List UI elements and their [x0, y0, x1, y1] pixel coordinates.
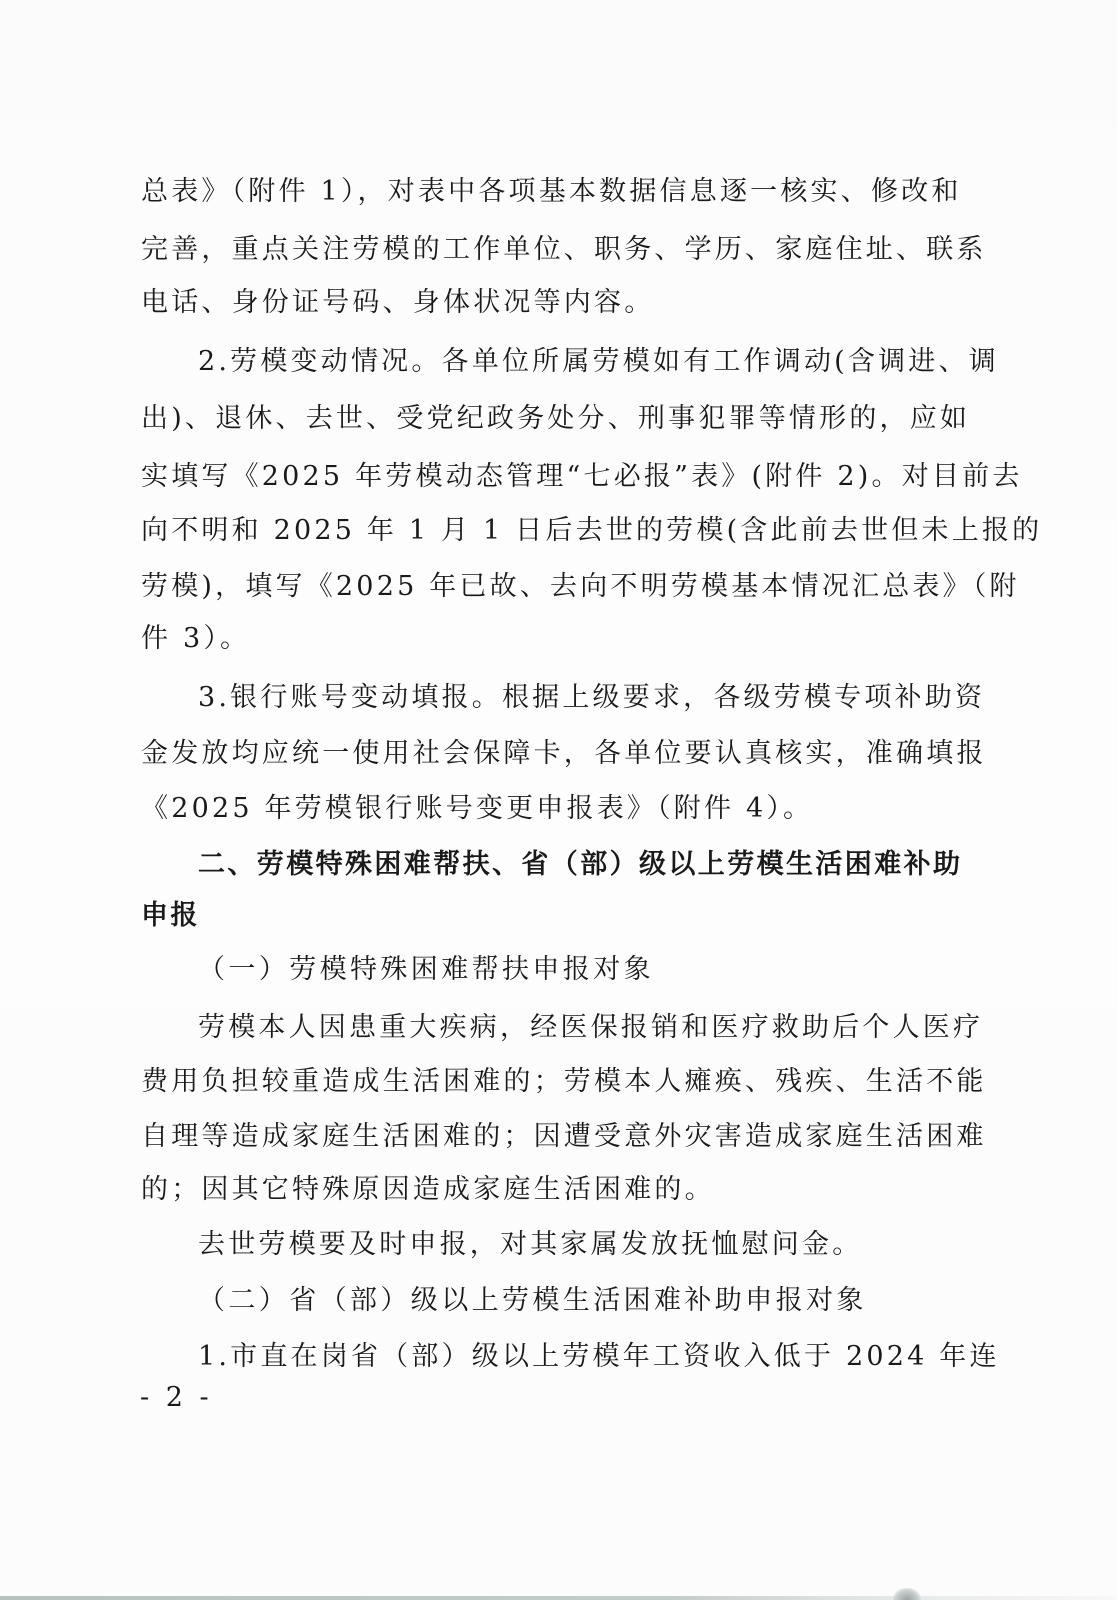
page-number: - 2 - — [140, 1380, 213, 1416]
body-text-line: 实填写《2025 年劳模动态管理“七必报”表》(附件 2)。对目前去 — [141, 459, 971, 495]
document-page: 总表》（附件 1），对表中各项基本数据信息逐一核实、修改和 完善，重点关注劳模的… — [0, 0, 1117, 1600]
body-text-line: 电话、身份证号码、身体状况等内容。 — [141, 285, 971, 321]
body-text-line: 完善，重点关注劳模的工作单位、职务、学历、家庭住址、联系 — [141, 232, 971, 268]
subsection-1-heading: （一）劳模特殊困难帮扶申报对象 — [198, 952, 1028, 988]
body-text-line: 件 3）。 — [141, 621, 971, 657]
body-text-line: 《2025 年劳模银行账号变更申报表》（附件 4）。 — [141, 791, 971, 827]
item-2-heading-line: 2.劳模变动情况。各单位所属劳模如有工作调动(含调进、调 — [198, 344, 1028, 380]
subsection-2-heading: （二）省（部）级以上劳模生活困难补助申报对象 — [198, 1283, 1028, 1319]
body-text-line: 劳模本人因患重大疾病，经医保报销和医疗救助后个人医疗 — [198, 1010, 1028, 1046]
body-text-line: 的；因其它特殊原因造成家庭生活困难的。 — [141, 1172, 971, 1208]
scan-bottom-edge — [0, 1596, 1117, 1600]
body-text-line: 出)、退休、去世、受党纪政务处分、刑事犯罪等情形的，应如 — [141, 401, 971, 437]
body-text-line: 劳模)，填写《2025 年已故、去向不明劳模基本情况汇总表》（附 — [141, 569, 971, 605]
section-2-heading: 二、劳模特殊困难帮扶、省（部）级以上劳模生活困难补助 — [198, 847, 1028, 883]
body-text-line: 费用负担较重造成生活困难的；劳模本人瘫痪、残疾、生活不能 — [141, 1064, 971, 1100]
section-2-heading-continued: 申报 — [141, 898, 971, 934]
body-text-line: 自理等造成家庭生活困难的；因遭受意外灾害造成家庭生活困难 — [141, 1119, 971, 1155]
item-3-heading-line: 3.银行账号变动填报。根据上级要求，各级劳模专项补助资 — [198, 680, 1028, 716]
scan-artifact — [893, 1588, 921, 1600]
body-text-line: 向不明和 2025 年 1 月 1 日后去世的劳模(含此前去世但未上报的 — [141, 513, 971, 549]
body-text-line: 1.市直在岗省（部）级以上劳模年工资收入低于 2024 年连 — [198, 1339, 1028, 1375]
body-text-line: 金发放均应统一使用社会保障卡，各单位要认真核实，准确填报 — [141, 736, 971, 772]
body-text-line: 去世劳模要及时申报，对其家属发放抚恤慰问金。 — [198, 1227, 1028, 1263]
body-text-line: 总表》（附件 1），对表中各项基本数据信息逐一核实、修改和 — [141, 174, 971, 210]
